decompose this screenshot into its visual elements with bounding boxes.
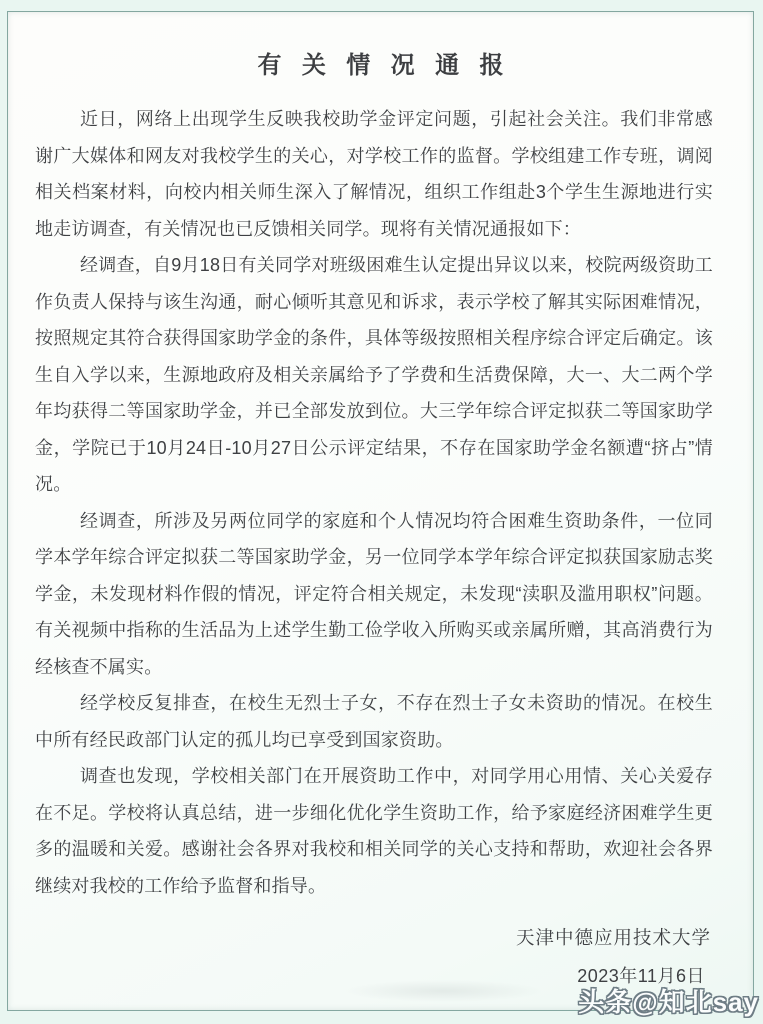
toutiao-watermark: 头条@知北say — [578, 982, 759, 1019]
paragraph-investigation-2: 经调查，所涉及另两位同学的家庭和个人情况均符合困难生资助条件，一位同学本学年综合… — [35, 503, 713, 686]
paragraph-investigation-3: 经学校反复排查，在校生无烈士子女，不存在烈士子女未资助的情况。在校生中所有经民政… — [35, 685, 713, 758]
paragraph-conclusion: 调查也发现，学校相关部门在开展资助工作中，对同学用心用情、关心关爱存在不足。学校… — [35, 758, 713, 904]
signature-university: 天津中德应用技术大学 — [35, 919, 711, 957]
paragraph-intro: 近日，网络上出现学生反映我校助学金评定问题，引起社会关注。我们非常感谢广大媒体和… — [35, 101, 713, 247]
notice-image: 有关情况通报 近日，网络上出现学生反映我校助学金评定问题，引起社会关注。我们非常… — [0, 0, 763, 1024]
paragraph-investigation-1: 经调查，自9月18日有关同学对班级困难生认定提出异议以来，校院两级资助工作负责人… — [35, 247, 713, 503]
notice-page: 有关情况通报 近日，网络上出现学生反映我校助学金评定问题，引起社会关注。我们非常… — [7, 11, 754, 1011]
page-title: 有关情况通报 — [8, 45, 753, 80]
notice-body: 近日，网络上出现学生反映我校助学金评定问题，引起社会关注。我们非常感谢广大媒体和… — [35, 101, 713, 995]
